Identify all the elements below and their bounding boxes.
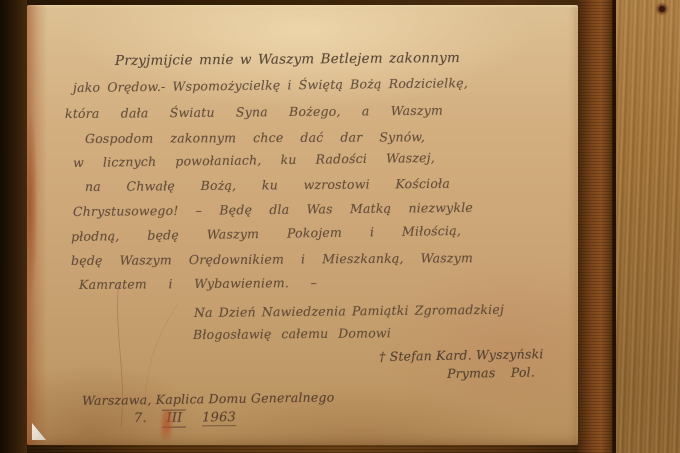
closing-line-1: Na Dzień Nawiedzenia Pamiątki Zgromadzki…: [194, 302, 504, 320]
handwritten-line-7: Chrystusowego! – Będę dla Was Matką niez…: [73, 200, 473, 219]
handwritten-line-1: Przyjmijcie mnie w Waszym Betlejem zakon…: [115, 50, 460, 69]
date-day: 7.: [134, 411, 147, 427]
handwritten-line-5: w licznych powołaniach, ku Radości Wasze…: [73, 150, 435, 170]
date-year: 1963: [202, 410, 236, 427]
handwritten-line-2: jako Orędow.- Wspomożycielkę i Świętą Bo…: [73, 75, 468, 95]
wood-frame-left: [0, 0, 27, 453]
handwritten-line-9: będę Waszym Orędownikiem i Mieszkanką, W…: [71, 250, 473, 268]
letter-paper: Przyjmijcie mnie w Waszym Betlejem zakon…: [27, 5, 578, 445]
signature-line-1: † Stefan Kard. Wyszyński: [379, 346, 527, 364]
red-ink-smudge: [161, 410, 172, 441]
signature-line-2: Prymas Pol.: [447, 364, 535, 381]
place-line: Warszawa, Kaplica Domu Generalnego: [82, 390, 282, 408]
closing-line-2: Błogosławię całemu Domowi: [193, 325, 391, 342]
handwritten-line-6: na Chwałę Bożą, ku wzrostowi Kościoła: [85, 176, 450, 194]
handwritten-line-10: Kamratem i Wybawieniem. –: [79, 275, 317, 292]
framed-handwritten-letter-photo: Przyjmijcie mnie w Waszym Betlejem zakon…: [0, 0, 680, 453]
oak-board-right: [613, 0, 680, 453]
handwritten-line-8: płodną, będę Waszym Pokojem i Miłością,: [71, 223, 461, 244]
handwritten-line-3: która dała Światu Syna Bożego, a Waszym: [65, 103, 443, 121]
handwritten-line-4: Gospodom zakonnym chce dać dar Synów,: [85, 129, 425, 146]
wood-frame-right-inner: [578, 0, 613, 453]
paper-burnt-edge: [27, 5, 47, 445]
date-line: 7. III 1963: [134, 409, 236, 427]
